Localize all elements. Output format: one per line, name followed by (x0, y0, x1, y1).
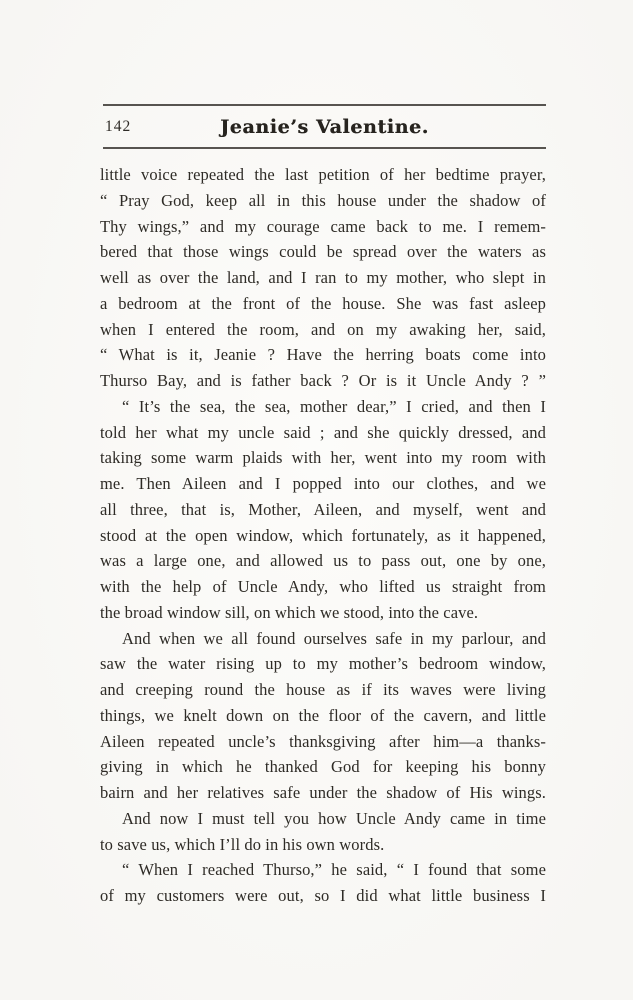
text-line: “ Pray God, keep all in this house under… (100, 188, 546, 214)
text-line: saw the water rising up to my mother’s b… (100, 651, 546, 677)
text-line: taking some warm plaids with her, went i… (100, 445, 546, 471)
running-head: 142 Jeanie’s Valentine. (103, 104, 546, 149)
page-number: 142 (105, 118, 131, 136)
text-line: to save us, which I’ll do in his own wor… (100, 832, 546, 858)
text-line: all three, that is, Mother, Aileen, and … (100, 497, 546, 523)
paragraph: little voice repeated the last petition … (100, 162, 546, 394)
text-line: and creeping round the house as if its w… (100, 677, 546, 703)
text-line: me. Then Aileen and I popped into our cl… (100, 471, 546, 497)
text-line: things, we knelt down on the floor of th… (100, 703, 546, 729)
text-line: And now I must tell you how Uncle Andy c… (100, 806, 546, 832)
text-line: Thurso Bay, and is father back ? Or is i… (100, 368, 546, 394)
paragraph: “ It’s the sea, the sea, mother dear,” I… (100, 394, 546, 626)
text-body: little voice repeated the last petition … (100, 162, 546, 909)
text-line: And when we all found ourselves safe in … (100, 626, 546, 652)
running-title: Jeanie’s Valentine. (220, 116, 429, 138)
text-line: “ When I reached Thurso,” he said, “ I f… (100, 857, 546, 883)
text-line: stood at the open window, which fortunat… (100, 523, 546, 549)
paragraph: And when we all found ourselves safe in … (100, 626, 546, 806)
text-line: Thy wings,” and my courage came back to … (100, 214, 546, 240)
text-line: well as over the land, and I ran to my m… (100, 265, 546, 291)
text-line: giving in which he thanked God for keepi… (100, 754, 546, 780)
text-line: told her what my uncle said ; and she qu… (100, 420, 546, 446)
text-line: little voice repeated the last petition … (100, 162, 546, 188)
text-line: was a large one, and allowed us to pass … (100, 548, 546, 574)
paragraph: “ When I reached Thurso,” he said, “ I f… (100, 857, 546, 909)
text-line: the broad window sill, on which we stood… (100, 600, 546, 626)
text-line: Aileen repeated uncle’s thanksgiving aft… (100, 729, 546, 755)
text-line: bered that those wings could be spread o… (100, 239, 546, 265)
text-line: bairn and her relatives safe under the s… (100, 780, 546, 806)
text-line: of my customers were out, so I did what … (100, 883, 546, 909)
text-line: when I entered the room, and on my awaki… (100, 317, 546, 343)
text-line: “ What is it, Jeanie ? Have the herring … (100, 342, 546, 368)
book-page: 142 Jeanie’s Valentine. little voice rep… (0, 0, 633, 1000)
text-line: “ It’s the sea, the sea, mother dear,” I… (100, 394, 546, 420)
text-line: with the help of Uncle Andy, who lifted … (100, 574, 546, 600)
paragraph: And now I must tell you how Uncle Andy c… (100, 806, 546, 858)
header-bottom-rule (103, 147, 546, 149)
text-line: a bedroom at the front of the house. She… (100, 291, 546, 317)
header-row: 142 Jeanie’s Valentine. (103, 106, 546, 147)
